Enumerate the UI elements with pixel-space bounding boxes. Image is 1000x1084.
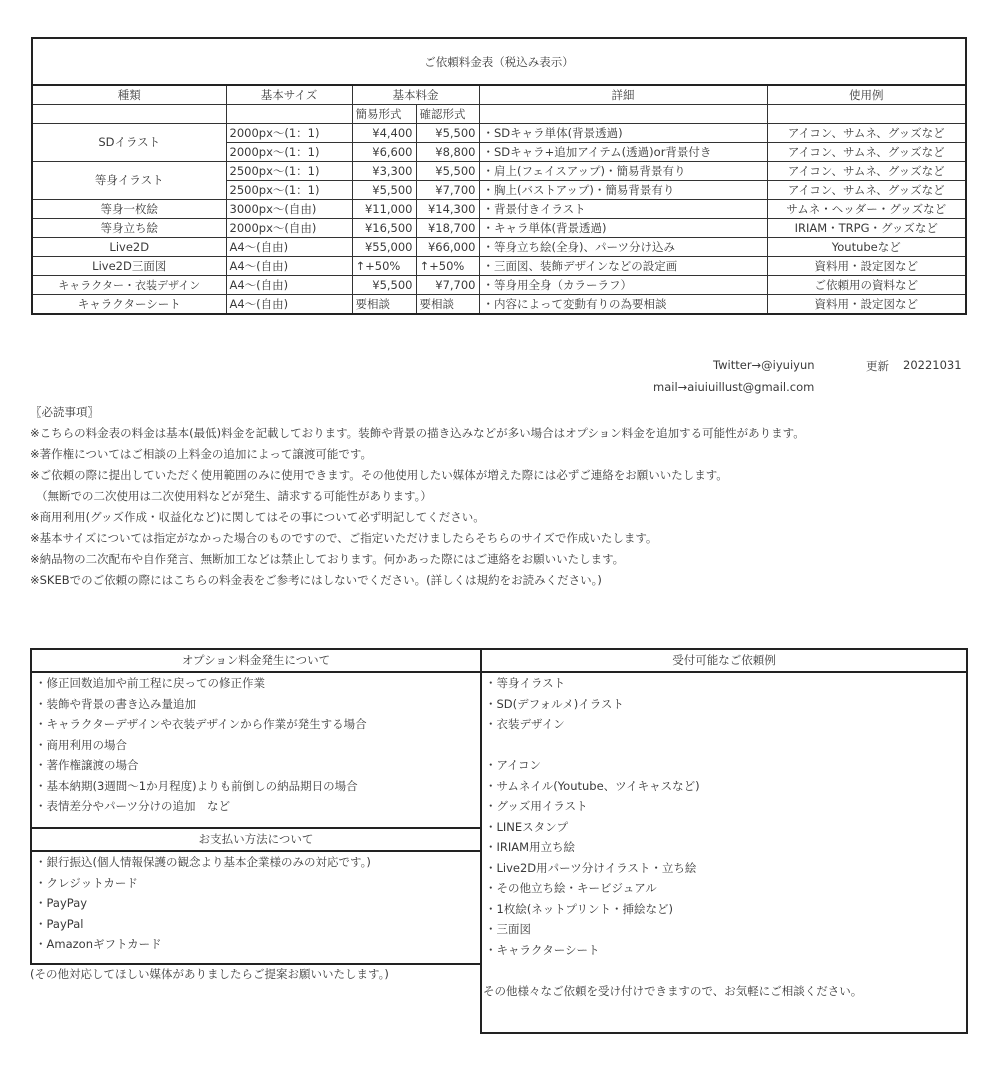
table-row: キャラクター・衣装デザイン A4～(自由) ¥5,500 ¥7,700 ・等身用… — [33, 276, 965, 295]
twitter-handle[interactable]: Twitter→@iyuiyun — [713, 358, 815, 372]
row-detail: ・等身立ち絵(全身)、パーツ分け込み — [479, 238, 767, 257]
option-item: ・装飾や背景の書き込み量追加 — [32, 694, 480, 715]
option-item: ・キャラクターデザインや衣装デザインから作業が発生する場合 — [32, 714, 480, 735]
accepted-item: ・サムネイル(Youtube、ツイキャスなど) — [482, 776, 966, 797]
row-usage: IRIAM・TRPG・グッズなど — [767, 219, 965, 238]
row-confirm-price: 要相談 — [416, 295, 479, 314]
payment-box: お支払い方法について ・銀行振込(個人情報保護の観念より基本企業様のみの対応です… — [30, 827, 482, 965]
row-detail: ・等身用全身（カラーラフ） — [479, 276, 767, 295]
accepted-item: ・キャラクターシート — [482, 940, 966, 961]
row-size: 2000px～(自由) — [226, 219, 352, 238]
header-size: 基本サイズ — [226, 86, 352, 105]
row-simple-price: ¥55,000 — [352, 238, 416, 257]
accepted-item: ・衣装デザイン — [482, 714, 966, 735]
row-confirm-price: ↑+50% — [416, 257, 479, 276]
row-confirm-price: ¥66,000 — [416, 238, 479, 257]
header-row: 種類 基本サイズ 基本料金 詳細 使用例 — [33, 86, 965, 105]
row-simple-price: ¥5,500 — [352, 181, 416, 200]
row-type: SDイラスト — [33, 124, 226, 162]
row-simple-price: ¥4,400 — [352, 124, 416, 143]
row-size: 2500px～(1：1) — [226, 181, 352, 200]
row-detail: ・肩上(フェイスアップ)・簡易背景有り — [479, 162, 767, 181]
row-usage: ご依頼用の資料など — [767, 276, 965, 295]
row-detail: ・背景付きイラスト — [479, 200, 767, 219]
row-usage: サムネ・ヘッダー・グッズなど — [767, 200, 965, 219]
notes-section: 〖必読事項〗 ※こちらの料金表の料金は基本(最低)料金を記載しております。装飾や… — [30, 402, 980, 591]
note-line: （無断での二次使用は二次使用料などが発生、請求する可能性があります。） — [30, 486, 980, 507]
row-simple-price: ↑+50% — [352, 257, 416, 276]
row-confirm-price: ¥18,700 — [416, 219, 479, 238]
row-usage: アイコン、サムネ、グッズなど — [767, 181, 965, 200]
note-line: ※こちらの料金表の料金は基本(最低)料金を記載しております。装飾や背景の描き込み… — [30, 423, 980, 444]
row-type: 等身立ち絵 — [33, 219, 226, 238]
price-grid: 種類 基本サイズ 基本料金 詳細 使用例 簡易形式 確認形式 SDイラスト 20… — [33, 86, 965, 313]
row-type: Live2D三面図 — [33, 257, 226, 276]
header-usage: 使用例 — [767, 86, 965, 105]
row-simple-price: ¥6,600 — [352, 143, 416, 162]
row-confirm-price: ¥5,500 — [416, 162, 479, 181]
option-item: ・著作権譲渡の場合 — [32, 755, 480, 776]
accepted-item: ・SD(デフォルメ)イラスト — [482, 694, 966, 715]
note-line: ※納品物の二次配布や自作発言、無断加工などは禁止しております。何かあった際にはご… — [30, 549, 980, 570]
row-confirm-price: ¥8,800 — [416, 143, 479, 162]
row-type: キャラクター・衣装デザイン — [33, 276, 226, 295]
header-type: 種類 — [33, 86, 226, 105]
row-usage: Youtubeなど — [767, 238, 965, 257]
contact-email[interactable]: mail→aiuiuillust@gmail.com — [653, 380, 814, 394]
row-usage: アイコン、サムネ、グッズなど — [767, 124, 965, 143]
updated-label: 更新 — [866, 358, 889, 374]
row-confirm-price: ¥7,700 — [416, 181, 479, 200]
row-size: A4～(自由) — [226, 295, 352, 314]
option-item: ・修正回数追加や前工程に戻っての修正作業 — [32, 673, 480, 694]
note-line: ※著作権についてはご相談の上料金の追加によって譲渡可能です。 — [30, 444, 980, 465]
row-usage: 資料用・設定図など — [767, 295, 965, 314]
table-row: 等身一枚絵 3000px～(自由) ¥11,000 ¥14,300 ・背景付きイ… — [33, 200, 965, 219]
row-confirm-price: ¥5,500 — [416, 124, 479, 143]
accepted-item: ・その他立ち絵・キービジュアル — [482, 878, 966, 899]
row-type: キャラクターシート — [33, 295, 226, 314]
note-line: ※SKEBでのご依頼の際にはこちらの料金表をご参考にはしないでください。(詳しく… — [30, 570, 980, 591]
row-type: Live2D — [33, 238, 226, 257]
row-detail: ・SDキャラ単体(背景透過) — [479, 124, 767, 143]
table-row: 等身立ち絵 2000px～(自由) ¥16,500 ¥18,700 ・キャラ単体… — [33, 219, 965, 238]
payment-item: ・PayPal — [32, 914, 480, 935]
row-size: 3000px～(自由) — [226, 200, 352, 219]
price-table-title: ご依頼料金表（税込み表示） — [33, 39, 965, 86]
option-item: ・表情差分やパーツ分けの追加 など — [32, 796, 480, 817]
row-size: 2000px～(1：1) — [226, 124, 352, 143]
payment-title: お支払い方法について — [32, 829, 480, 852]
row-size: A4～(自由) — [226, 238, 352, 257]
row-type: 等身イラスト — [33, 162, 226, 200]
subheader-confirm: 確認形式 — [416, 105, 479, 124]
table-row: Live2D A4～(自由) ¥55,000 ¥66,000 ・等身立ち絵(全身… — [33, 238, 965, 257]
row-usage: 資料用・設定図など — [767, 257, 965, 276]
payment-item: ・Amazonギフトカード — [32, 934, 480, 955]
row-size: 2000px～(1：1) — [226, 143, 352, 162]
table-row: Live2D三面図 A4～(自由) ↑+50% ↑+50% ・三面図、装飾デザイ… — [33, 257, 965, 276]
option-item: ・基本納期(3週間～1か月程度)よりも前倒しの納品期日の場合 — [32, 776, 480, 797]
table-row: キャラクターシート A4～(自由) 要相談 要相談 ・内容によって変動有りの為要… — [33, 295, 965, 314]
row-size: A4～(自由) — [226, 257, 352, 276]
row-usage: アイコン、サムネ、グッズなど — [767, 143, 965, 162]
accepted-box: 受付可能なご依頼例 ・等身イラスト ・SD(デフォルメ)イラスト ・衣装デザイン… — [480, 648, 968, 1034]
accepted-footer: その他様々なご依頼を受け付けできますので、お気軽にご相談ください。 — [482, 981, 966, 1002]
accepted-item: ・IRIAM用立ち絵 — [482, 837, 966, 858]
row-detail: ・内容によって変動有りの為要相談 — [479, 295, 767, 314]
options-title: オプション料金発生について — [32, 650, 480, 673]
accepted-item: ・LINEスタンプ — [482, 817, 966, 838]
row-simple-price: ¥5,500 — [352, 276, 416, 295]
row-detail: ・胸上(バストアップ)・簡易背景有り — [479, 181, 767, 200]
accepted-item: ・等身イラスト — [482, 673, 966, 694]
row-confirm-price: ¥7,700 — [416, 276, 479, 295]
table-row: 等身イラスト 2500px～(1：1) ¥3,300 ¥5,500 ・肩上(フェ… — [33, 162, 965, 181]
row-type: 等身一枚絵 — [33, 200, 226, 219]
option-item: ・商用利用の場合 — [32, 735, 480, 756]
row-simple-price: 要相談 — [352, 295, 416, 314]
accepted-item: ・グッズ用イラスト — [482, 796, 966, 817]
row-usage: アイコン、サムネ、グッズなど — [767, 162, 965, 181]
header-price: 基本料金 — [352, 86, 479, 105]
price-table: ご依頼料金表（税込み表示） 種類 基本サイズ 基本料金 詳細 使用例 簡易形式 … — [31, 37, 967, 315]
accepted-item — [482, 960, 966, 981]
note-line: ※商用利用(グッズ作成・収益化など)に関してはその事について必ず明記してください… — [30, 507, 980, 528]
row-size: A4～(自由) — [226, 276, 352, 295]
accepted-item: ・三面図 — [482, 919, 966, 940]
accepted-item: ・1枚絵(ネットプリント・挿絵など) — [482, 899, 966, 920]
notes-heading: 〖必読事項〗 — [30, 402, 980, 423]
row-detail: ・三面図、装飾デザインなどの設定画 — [479, 257, 767, 276]
accepted-item: ・アイコン — [482, 755, 966, 776]
payment-item: ・銀行振込(個人情報保護の観念より基本企業様のみの対応です。) — [32, 852, 480, 873]
accepted-title: 受付可能なご依頼例 — [482, 650, 966, 673]
subheader-simple: 簡易形式 — [352, 105, 416, 124]
payment-item: ・クレジットカード — [32, 873, 480, 894]
subheader-row: 簡易形式 確認形式 — [33, 105, 965, 124]
row-simple-price: ¥16,500 — [352, 219, 416, 238]
updated-date: 20221031 — [903, 358, 962, 372]
note-line: ※基本サイズについては指定がなかった場合のものですので、ご指定いただけましたらそ… — [30, 528, 980, 549]
row-confirm-price: ¥14,300 — [416, 200, 479, 219]
row-detail: ・SDキャラ+追加アイテム(透過)or背景付き — [479, 143, 767, 162]
accepted-item: ・Live2D用パーツ分けイラスト・立ち絵 — [482, 858, 966, 879]
table-row: SDイラスト 2000px～(1：1) ¥4,400 ¥5,500 ・SDキャラ… — [33, 124, 965, 143]
row-detail: ・キャラ単体(背景透過) — [479, 219, 767, 238]
header-detail: 詳細 — [479, 86, 767, 105]
accepted-item — [482, 735, 966, 756]
payment-note: (その他対応してほしい媒体がありましたらご提案お願いいたします。) — [30, 966, 389, 982]
row-simple-price: ¥11,000 — [352, 200, 416, 219]
options-box: オプション料金発生について ・修正回数追加や前工程に戻っての修正作業 ・装飾や背… — [30, 648, 482, 829]
note-line: ※ご依頼の際に提出していただく使用範囲のみに使用できます。その他使用したい媒体が… — [30, 465, 980, 486]
row-size: 2500px～(1：1) — [226, 162, 352, 181]
payment-item: ・PayPay — [32, 893, 480, 914]
row-simple-price: ¥3,300 — [352, 162, 416, 181]
